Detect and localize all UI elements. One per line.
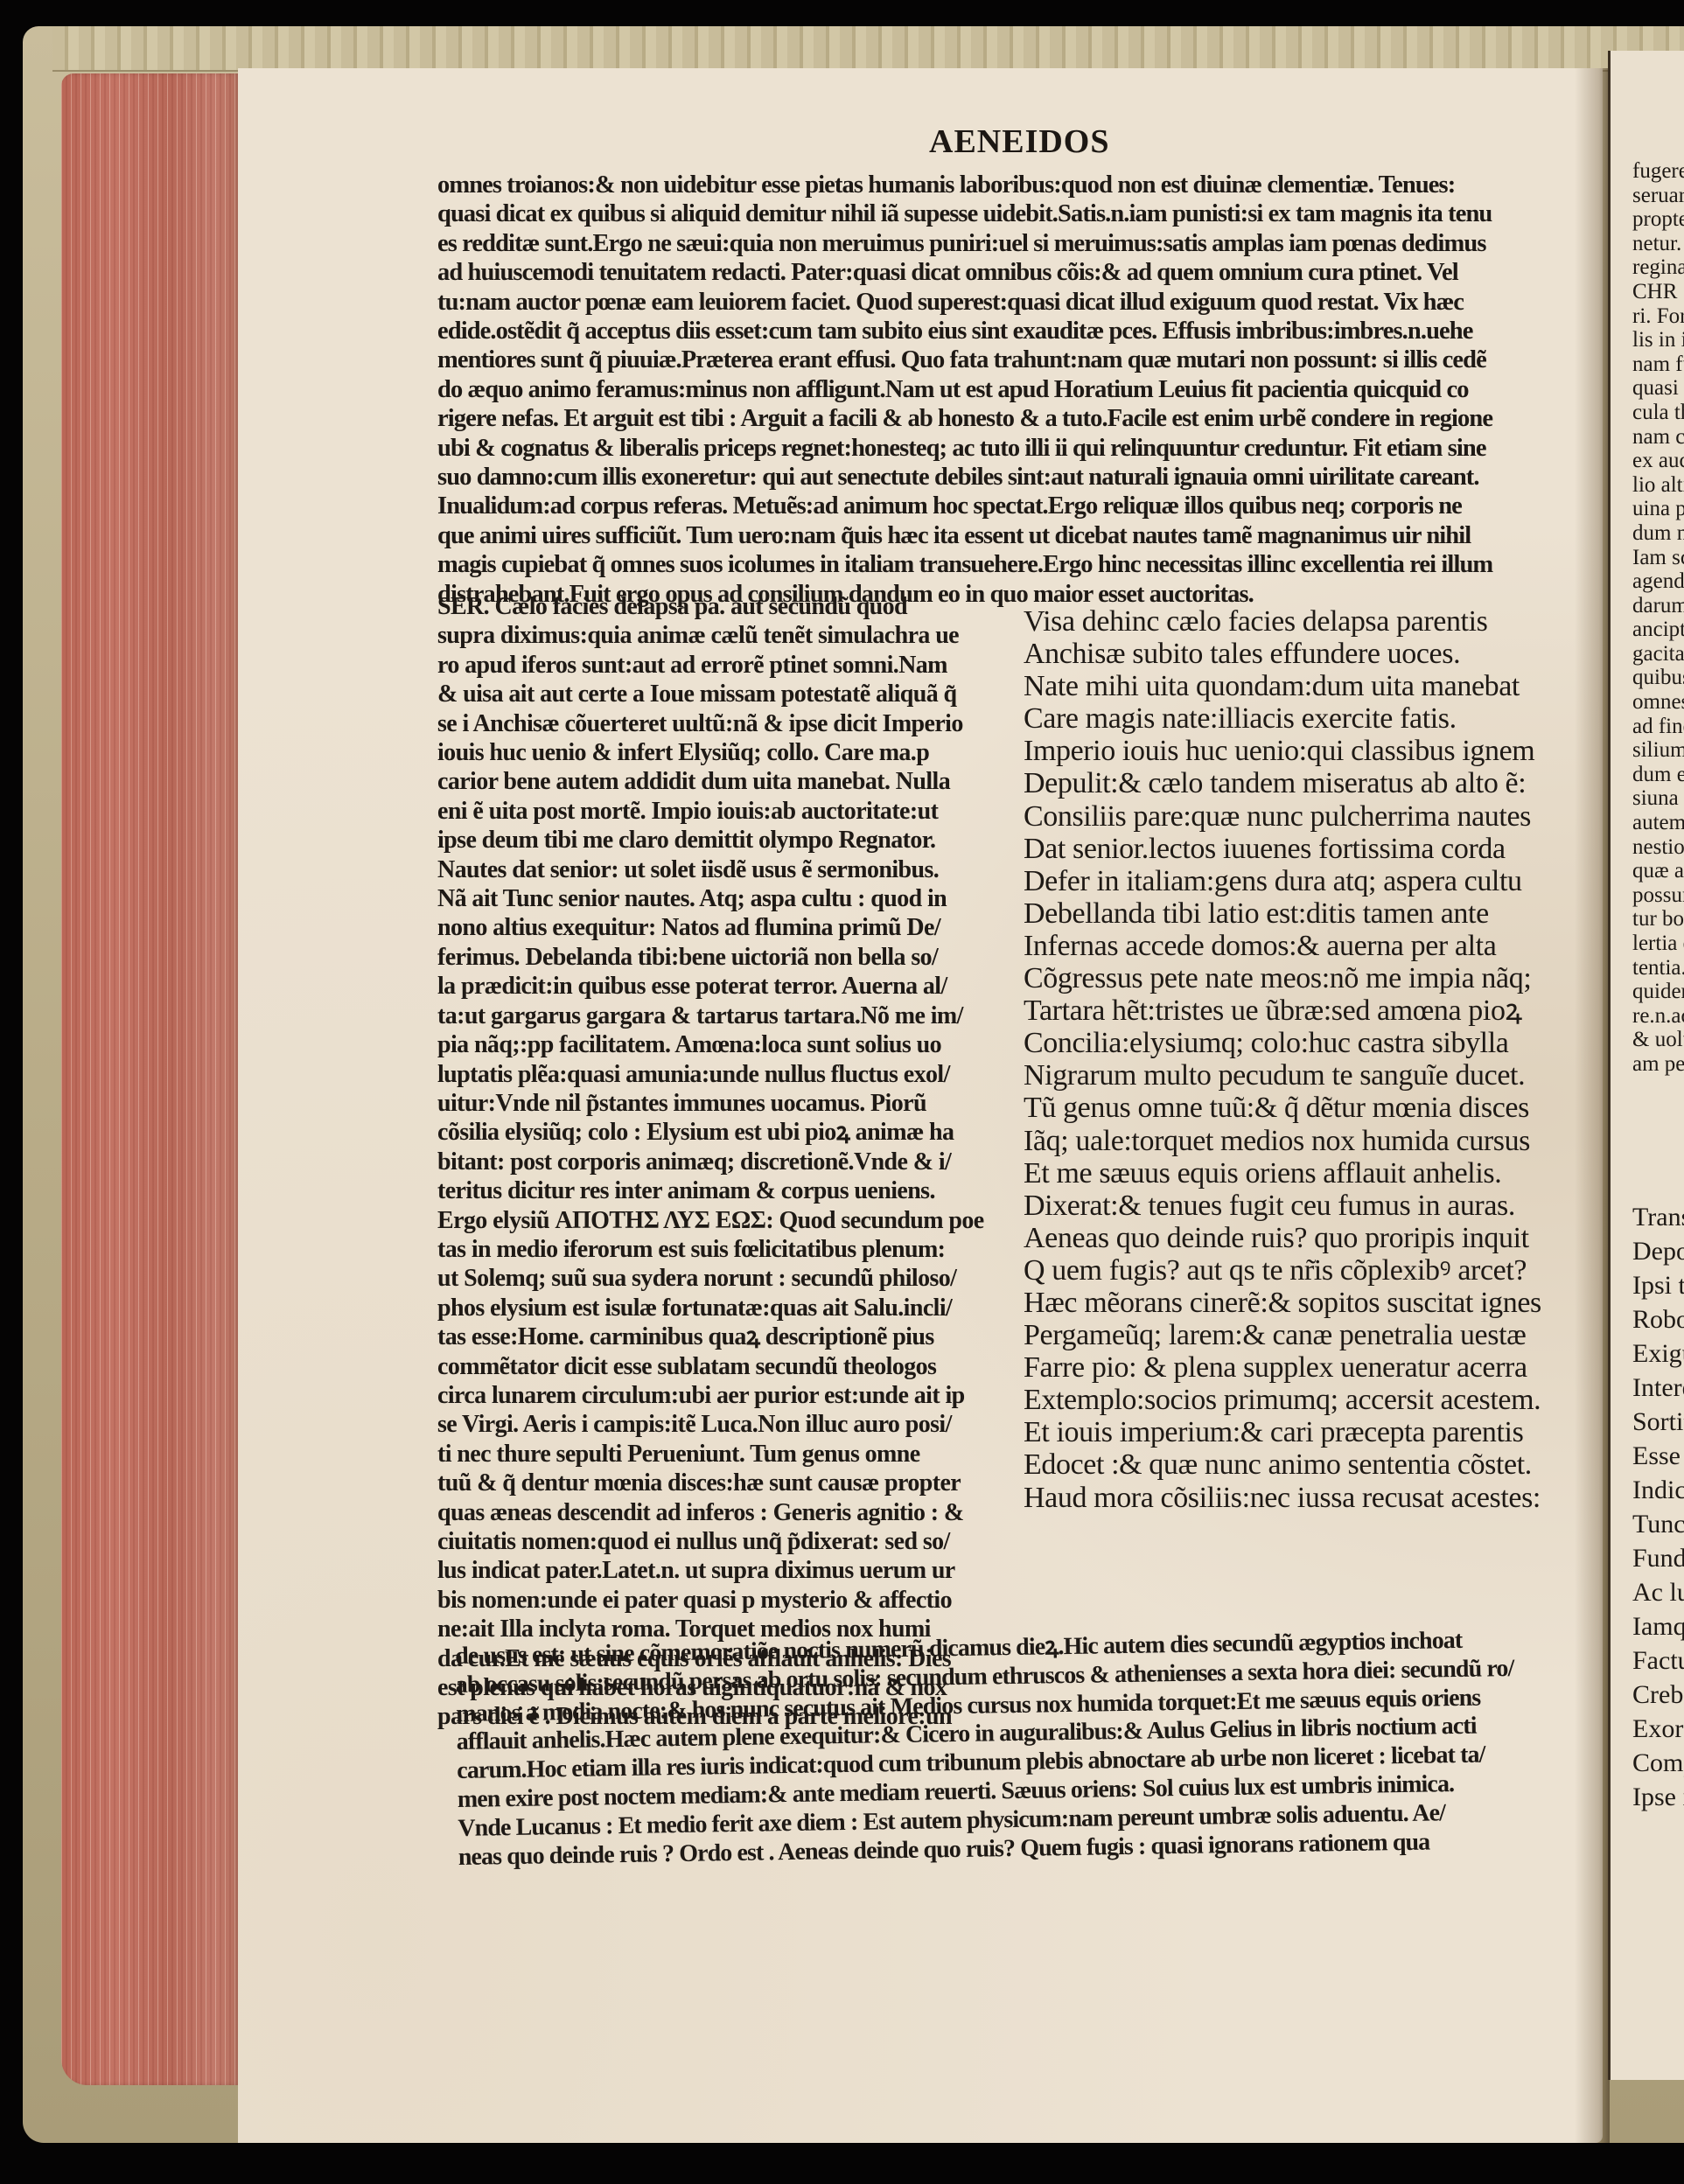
- running-head: AENEIDOS: [929, 122, 1110, 161]
- commentary-line: bitant: post corporis animæq; discretion…: [437, 1148, 1006, 1176]
- verse-line: Nate mihi uita quondam:dum uita manebat: [1024, 670, 1575, 702]
- recto-line-fragment: quibus: [1632, 666, 1684, 690]
- verse-line: Imperio iouis huc uenio:qui classibus ig…: [1024, 735, 1575, 767]
- recto-verse-fragments: TranscDeponIpsi traRoborExiguiIntereaSor…: [1632, 1200, 1684, 1814]
- recto-verse-fragment: Interea: [1632, 1371, 1684, 1405]
- verse-line: Tũ genus omne tuũ:& q̃ dẽtur mœnia disce…: [1024, 1092, 1575, 1124]
- commentary-line: pia nãq;:pp facilitatem. Amœna:loca sunt…: [437, 1030, 1006, 1059]
- recto-line-fragment: dum na: [1632, 521, 1684, 546]
- recto-line-fragment: cula thu: [1632, 401, 1684, 425]
- recto-verse-fragment: Ipse ia: [1632, 1780, 1684, 1814]
- commentary-line: bis nomen:unde ei pater quasi p mysterio…: [437, 1586, 1006, 1615]
- commentary-line: ciuitatis nomen:quod ei nullus unq̃ p̃di…: [437, 1527, 1006, 1556]
- commentary-line: omnes troianos:& non uidebitur esse piet…: [437, 171, 1566, 199]
- verse-line: Infernas accede domos:& auerna per alta: [1024, 930, 1575, 962]
- verse-line: Consiliis pare:quæ nunc pulcherrima naut…: [1024, 800, 1575, 833]
- commentary-line: ipse deum tibi me claro demittit olympo …: [437, 826, 1006, 855]
- recto-line-fragment: CHR: [1632, 280, 1684, 304]
- verse-line: Iãq; uale:torquet medios nox humida curs…: [1024, 1125, 1575, 1157]
- recto-line-fragment: am pert: [1632, 1052, 1684, 1077]
- commentary-line: tuũ & q̃ dentur mœnia disces:hæ sunt cau…: [437, 1469, 1006, 1497]
- verse-line: Haud mora cõsiliis:nec iussa recusat ace…: [1024, 1482, 1575, 1514]
- commentary-line: teritus dicitur res inter animam & corpu…: [437, 1176, 1006, 1205]
- commentary-line: & uisa ait aut certe a Ioue missam potes…: [437, 680, 1006, 708]
- commentary-line: Ergo elysiũ ΑΠΟΤΗΣ ΛΥΣ ΕΩΣ: Quod secundu…: [437, 1206, 1006, 1235]
- recto-line-fragment: Iam scie: [1632, 546, 1684, 570]
- recto-line-fragment: quidem: [1632, 980, 1684, 1004]
- commentary-line: ad huiuscemodi tenuitatem redacti. Pater…: [437, 258, 1566, 287]
- commentary-line: tas in medio iferorum est suis fœlicitat…: [437, 1235, 1006, 1264]
- verse-line: Aeneas quo deinde ruis? quo proripis inq…: [1024, 1222, 1575, 1254]
- recto-line-fragment: dum est: [1632, 763, 1684, 787]
- recto-line-fragment: tur bon: [1632, 907, 1684, 932]
- recto-verse-fragment: Exorit: [1632, 1712, 1684, 1746]
- left-commentary-column: SER. Cælo facies delapsa pa. aut secundũ…: [437, 592, 1006, 1732]
- recto-line-fragment: quæ ad: [1632, 859, 1684, 883]
- commentary-line: la prædicit:in quibus esse poterat terro…: [437, 972, 1006, 1001]
- commentary-line: tu:nam auctor pœnæ eam leuiorem faciet. …: [437, 288, 1566, 317]
- commentary-line: se i Anchisæ cõuerteret uultũ:nã & ipse …: [437, 709, 1006, 738]
- commentary-line: phos elysium est isulæ fortunatæ:quas ai…: [437, 1294, 1006, 1322]
- recto-line-fragment: possun: [1632, 883, 1684, 908]
- recto-verse-fragment: Robor: [1632, 1302, 1684, 1336]
- top-commentary: omnes troianos:& non uidebitur esse piet…: [437, 171, 1566, 609]
- commentary-line: rigere nefas. Et arguit est tibi : Argui…: [437, 404, 1566, 433]
- verse-column: Visa dehinc cælo facies delapsa parentis…: [1024, 605, 1575, 1514]
- verse-line: Et me sæuus equis oriens afflauit anheli…: [1024, 1157, 1575, 1190]
- recto-line-fragment: tentia. S: [1632, 956, 1684, 980]
- recto-verse-fragment: Comp: [1632, 1746, 1684, 1780]
- commentary-line: carior bene autem addidit dum uita maneb…: [437, 767, 1006, 796]
- recto-line-fragment: agendar: [1632, 569, 1684, 594]
- verse-line: Care magis nate:illiacis exercite fatis.: [1024, 702, 1575, 735]
- commentary-line: ti nec thure sepulti Perueniunt. Tum gen…: [437, 1440, 1006, 1469]
- commentary-line: mentiores sunt q̃ piuuiæ.Præterea erant …: [437, 345, 1566, 374]
- commentary-line: cõsilia elysiũq; colo : Elysium est ubi …: [437, 1118, 1006, 1147]
- recto-line-fragment: ex aucto: [1632, 449, 1684, 473]
- recto-line-fragment: silium a: [1632, 738, 1684, 763]
- recto-verse-fragment: Ipsi tra: [1632, 1268, 1684, 1302]
- commentary-line: eni ẽ uita post mortẽ. Impio iouis:ab au…: [437, 797, 1006, 826]
- commentary-line: Inualidum:ad corpus referas. Metuẽs:ad a…: [437, 492, 1566, 520]
- verse-line: Dixerat:& tenues fugit ceu fumus in aura…: [1024, 1190, 1575, 1222]
- recto-line-fragment: fugere: [1632, 159, 1684, 184]
- commentary-line: ut Solemq; suũ sua sydera norunt : secun…: [437, 1264, 1006, 1293]
- verse-line: Cõgressus pete nate meos:nõ me impia nãq…: [1024, 962, 1575, 994]
- recto-line-fragment: darum.: [1632, 594, 1684, 618]
- recto-verse-fragment: Indicit: [1632, 1473, 1684, 1507]
- verse-line: Q uem fugis? aut qs te nr̃is cõplexibꝰ a…: [1024, 1254, 1575, 1287]
- recto-verse-fragment: Creber: [1632, 1678, 1684, 1712]
- recto-line-fragment: nestior: [1632, 835, 1684, 860]
- commentary-line: luptatis plẽa:quasi amunia:unde nullus f…: [437, 1060, 1006, 1089]
- recto-verse-fragment: Transc: [1632, 1200, 1684, 1234]
- recto-verse-fragment: Funda: [1632, 1541, 1684, 1575]
- recto-line-fragment: lio altiu: [1632, 473, 1684, 498]
- verse-line: Farre pio: & plena supplex ueneratur ace…: [1024, 1351, 1575, 1384]
- recto-commentary-fragments: fugereseruarproptenetur.regina CHRri. Fo…: [1632, 159, 1684, 1077]
- commentary-line: magis cupiebat q̃ omnes suos icolumes in…: [437, 550, 1566, 579]
- recto-line-fragment: nam fu: [1632, 352, 1684, 377]
- recto-line-fragment: ad finem: [1632, 715, 1684, 739]
- commentary-line: es redditæ sunt.Ergo ne sæui:quia non me…: [437, 229, 1566, 258]
- verse-line: Depulit:& cælo tandem miseratus ab alto …: [1024, 767, 1575, 799]
- commentary-line: ta:ut gargarus gargara & tartarus tartar…: [437, 1001, 1006, 1030]
- recto-verse-fragment: Tunc u: [1632, 1507, 1684, 1541]
- recto-line-fragment: netur.: [1632, 232, 1684, 256]
- bottom-commentary: de usus est: ut sine cõmemoratiõe noctis…: [455, 1625, 1587, 1873]
- recto-line-fragment: autem: [1632, 811, 1684, 835]
- recto-line-fragment: ancipte: [1632, 618, 1684, 642]
- commentary-line: ubi & cognatus & liberalis priceps regne…: [437, 434, 1566, 463]
- recto-line-fragment: omnes: [1632, 690, 1684, 715]
- verse-line: Visa dehinc cælo facies delapsa parentis: [1024, 605, 1575, 638]
- commentary-line: supra diximus:quia animæ cælũ tenẽt simu…: [437, 621, 1006, 650]
- verse-line: Extemplo:socios primumq; accersit aceste…: [1024, 1384, 1575, 1416]
- commentary-line: quas æneas descendit ad inferos : Generi…: [437, 1498, 1006, 1527]
- red-page-edges: [61, 73, 241, 2085]
- recto-line-fragment: seruar: [1632, 184, 1684, 208]
- commentary-line: quasi dicat ex quibus si aliquid demitur…: [437, 199, 1566, 228]
- commentary-line: SER. Cælo facies delapsa pa. aut secundũ…: [437, 592, 1006, 621]
- recto-line-fragment: uina per: [1632, 497, 1684, 521]
- verse-line: Defer in italiam:gens dura atq; aspera c…: [1024, 865, 1575, 897]
- verse-line: Tartara hẽt:tristes ue ũbræ:sed amœna pi…: [1024, 994, 1575, 1027]
- verse-line: Nigrarum multo pecudum te sanguĩe ducet.: [1024, 1059, 1575, 1092]
- commentary-line: commẽtator dicit esse sublatam secundũ t…: [437, 1352, 1006, 1381]
- recto-verse-fragment: Exigui: [1632, 1336, 1684, 1371]
- verse-line: Et iouis imperium:& cari præcepta parent…: [1024, 1416, 1575, 1448]
- commentary-line: Nã ait Tunc senior nautes. Atq; aspa cul…: [437, 884, 1006, 913]
- recto-line-fragment: ri. For: [1632, 304, 1684, 329]
- verse-line: Edocet :& quæ nunc animo sententia cõste…: [1024, 1448, 1575, 1481]
- verse-line: Pergameũq; larem:& canæ penetralia uestæ: [1024, 1319, 1575, 1351]
- recto-verse-fragment: Iamq; c: [1632, 1609, 1684, 1643]
- recto-line-fragment: propte: [1632, 207, 1684, 232]
- verse-line: Anchisæ subito tales effundere uoces.: [1024, 638, 1575, 670]
- verse-line: Dat senior.lectos iuuenes fortissima cor…: [1024, 833, 1575, 865]
- recto-line-fragment: regina: [1632, 255, 1684, 280]
- recto-verse-fragment: Depon: [1632, 1234, 1684, 1268]
- commentary-line: ferimus. Debelanda tibi:bene uictoriã no…: [437, 943, 1006, 972]
- recto-line-fragment: quasi d: [1632, 376, 1684, 401]
- recto-verse-fragment: Ac lucu: [1632, 1575, 1684, 1609]
- recto-line-fragment: nam co: [1632, 425, 1684, 450]
- commentary-line: do æquo animo feramus:minus non affligun…: [437, 375, 1566, 404]
- commentary-line: iouis huc uenio & infert Elysiũq; collo.…: [437, 738, 1006, 767]
- commentary-line: Nautes dat senior: ut solet iisdẽ usus ẽ…: [437, 855, 1006, 884]
- recto-line-fragment: lis in it: [1632, 328, 1684, 352]
- commentary-line: circa lunarem circulum:ubi aer purior es…: [437, 1381, 1006, 1410]
- recto-line-fragment: siuna p: [1632, 786, 1684, 811]
- commentary-line: suo damno:cum illis exoneretur: qui aut …: [437, 463, 1566, 492]
- verse-line: Concilia:elysiumq; colo:huc castra sibyl…: [1024, 1027, 1575, 1059]
- commentary-line: uitur:Vnde nil p̃stantes immunes uocamus…: [437, 1089, 1006, 1118]
- commentary-line: que animi uires sufficiũt. Tum uero:nam …: [437, 521, 1566, 550]
- recto-line-fragment: re.n.acu: [1632, 1004, 1684, 1029]
- recto-line-fragment: & uolu: [1632, 1028, 1684, 1052]
- commentary-line: edide.ostẽdit q̃ acceptus diis esset:cum…: [437, 317, 1566, 345]
- commentary-line: lus indicat pater.Latet.n. ut supra dixi…: [437, 1556, 1006, 1585]
- verse-line: Hæc mẽorans cinerẽ:& sopitos suscitat ig…: [1024, 1287, 1575, 1319]
- recto-line-fragment: lertia e: [1632, 932, 1684, 956]
- commentary-line: se Virgi. Aeris i campis:itẽ Luca.Non il…: [437, 1410, 1006, 1439]
- commentary-line: ro apud iferos sunt:aut ad errorẽ ptinet…: [437, 651, 1006, 680]
- verse-line: Debellanda tibi latio est:ditis tamen an…: [1024, 897, 1575, 930]
- recto-verse-fragment: Factus: [1632, 1643, 1684, 1678]
- recto-line-fragment: gacitate: [1632, 642, 1684, 666]
- commentary-line: tas esse:Home. carminibus quaꝝ descripti…: [437, 1322, 1006, 1351]
- commentary-line: nono altius exequitur: Natos ad flumina …: [437, 913, 1006, 942]
- recto-verse-fragment: Sortitu: [1632, 1405, 1684, 1439]
- binding-top-edge: [52, 26, 1684, 72]
- recto-verse-fragment: Esse iul: [1632, 1439, 1684, 1473]
